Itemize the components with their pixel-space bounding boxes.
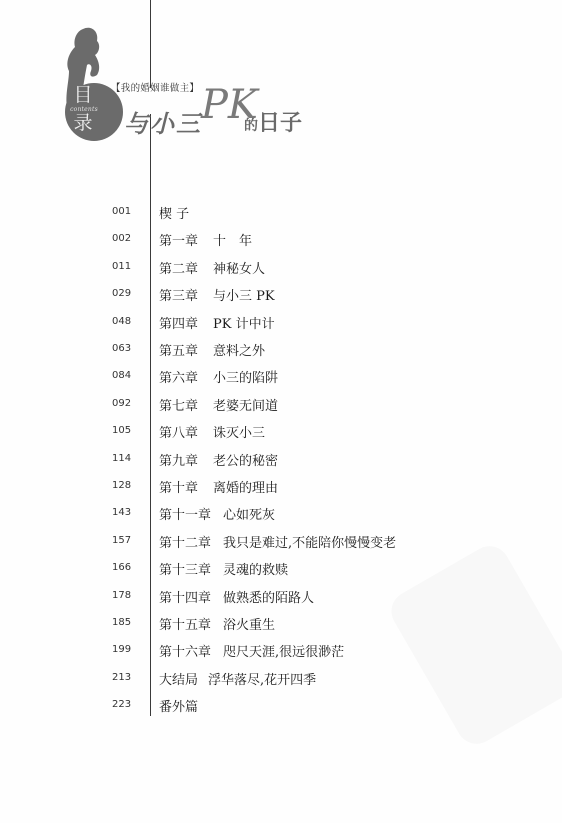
book-title-part2: 的日子 <box>244 106 302 137</box>
page-number: 223 <box>112 699 142 710</box>
toc-entry[interactable]: 128第十章离婚的理由 <box>0 474 562 498</box>
chapter-label: 第四章 <box>159 313 198 332</box>
chapter-title: 做熟悉的陌路人 <box>223 587 314 606</box>
page-number: 092 <box>112 398 142 409</box>
toc-entry[interactable]: 114第九章老公的秘密 <box>0 447 562 471</box>
chapter-label: 第十三章 <box>159 559 211 578</box>
chapter-label: 第二章 <box>159 258 198 277</box>
chapter-title: 灵魂的救赎 <box>223 559 288 578</box>
page-number: 128 <box>112 480 142 491</box>
page-number: 166 <box>112 562 142 573</box>
chapter-title: PK 计中计 <box>213 313 275 332</box>
chapter-label: 第十章 <box>159 477 198 496</box>
book-title-part1: 与小三 <box>124 104 202 139</box>
toc-entry[interactable]: 002第一章十 年 <box>0 227 562 251</box>
chapter-label: 第十四章 <box>159 587 211 606</box>
chapter-title: 老婆无间道 <box>213 395 278 414</box>
page-number: 114 <box>112 453 142 464</box>
page-number: 143 <box>112 507 142 518</box>
chapter-title: 浴火重生 <box>223 614 275 633</box>
toc-entry[interactable]: 001楔 子 <box>0 200 562 224</box>
chapter-title: 诛灭小三 <box>213 422 265 441</box>
book-title-de: 的 <box>244 118 258 134</box>
toc-entry[interactable]: 011第二章神秘女人 <box>0 255 562 279</box>
page-number: 185 <box>112 617 142 628</box>
page-number: 048 <box>112 316 142 327</box>
chapter-label: 第九章 <box>159 450 198 469</box>
chapter-label: 第十一章 <box>159 504 211 523</box>
chapter-label: 第五章 <box>159 340 198 359</box>
chapter-title: 咫尺天涯,很远很渺茫 <box>223 641 344 660</box>
chapter-title: 浮华落尽,花开四季 <box>208 669 316 688</box>
page-number: 213 <box>112 672 142 683</box>
chapter-label: 楔 子 <box>159 203 189 222</box>
toc-entry[interactable]: 029第三章与小三 PK <box>0 282 562 306</box>
chapter-title: 十 年 <box>213 230 252 249</box>
toc-entry[interactable]: 063第五章意料之外 <box>0 337 562 361</box>
logo-char-lu: 录 <box>68 114 98 133</box>
chapter-title: 离婚的理由 <box>213 477 278 496</box>
page-number: 029 <box>112 288 142 299</box>
toc-entry[interactable]: 084第六章小三的陷阱 <box>0 364 562 388</box>
chapter-label: 第十二章 <box>159 532 211 551</box>
page-number: 084 <box>112 370 142 381</box>
page-number: 199 <box>112 644 142 655</box>
chapter-label: 第十五章 <box>159 614 211 633</box>
chapter-label: 第十六章 <box>159 641 211 660</box>
chapter-title: 老公的秘密 <box>213 450 278 469</box>
toc-page: 目 contents 录 【我的婚姻谁做主】 与小三 PK 的日子 001楔 子… <box>0 0 562 823</box>
chapter-title: 神秘女人 <box>213 258 265 277</box>
toc-entry[interactable]: 048第四章PK 计中计 <box>0 310 562 334</box>
chapter-label: 第八章 <box>159 422 198 441</box>
page-number: 011 <box>112 261 142 272</box>
chapter-label: 第六章 <box>159 367 198 386</box>
chapter-title: 我只是难过,不能陪你慢慢变老 <box>223 532 396 551</box>
page-number: 002 <box>112 233 142 244</box>
page-number: 105 <box>112 425 142 436</box>
toc-entry[interactable]: 105第八章诛灭小三 <box>0 419 562 443</box>
chapter-title: 小三的陷阱 <box>213 367 278 386</box>
chapter-title: 与小三 PK <box>213 285 275 304</box>
toc-entry[interactable]: 143第十一章心如死灰 <box>0 501 562 525</box>
chapter-title: 意料之外 <box>213 340 265 359</box>
chapter-label: 第七章 <box>159 395 198 414</box>
chapter-label: 第一章 <box>159 230 198 249</box>
book-title-rizi: 日子 <box>258 111 302 136</box>
page-number: 157 <box>112 535 142 546</box>
chapter-label: 番外篇 <box>159 696 198 715</box>
chapter-label: 大结局 <box>159 669 198 688</box>
page-number: 063 <box>112 343 142 354</box>
chapter-title: 心如死灰 <box>223 504 275 523</box>
chapter-label: 第三章 <box>159 285 198 304</box>
logo-char-mu: 目 <box>68 86 98 105</box>
series-label: 【我的婚姻谁做主】 <box>111 80 199 94</box>
page-number: 001 <box>112 206 142 217</box>
toc-entry[interactable]: 092第七章老婆无间道 <box>0 392 562 416</box>
page-number: 178 <box>112 590 142 601</box>
